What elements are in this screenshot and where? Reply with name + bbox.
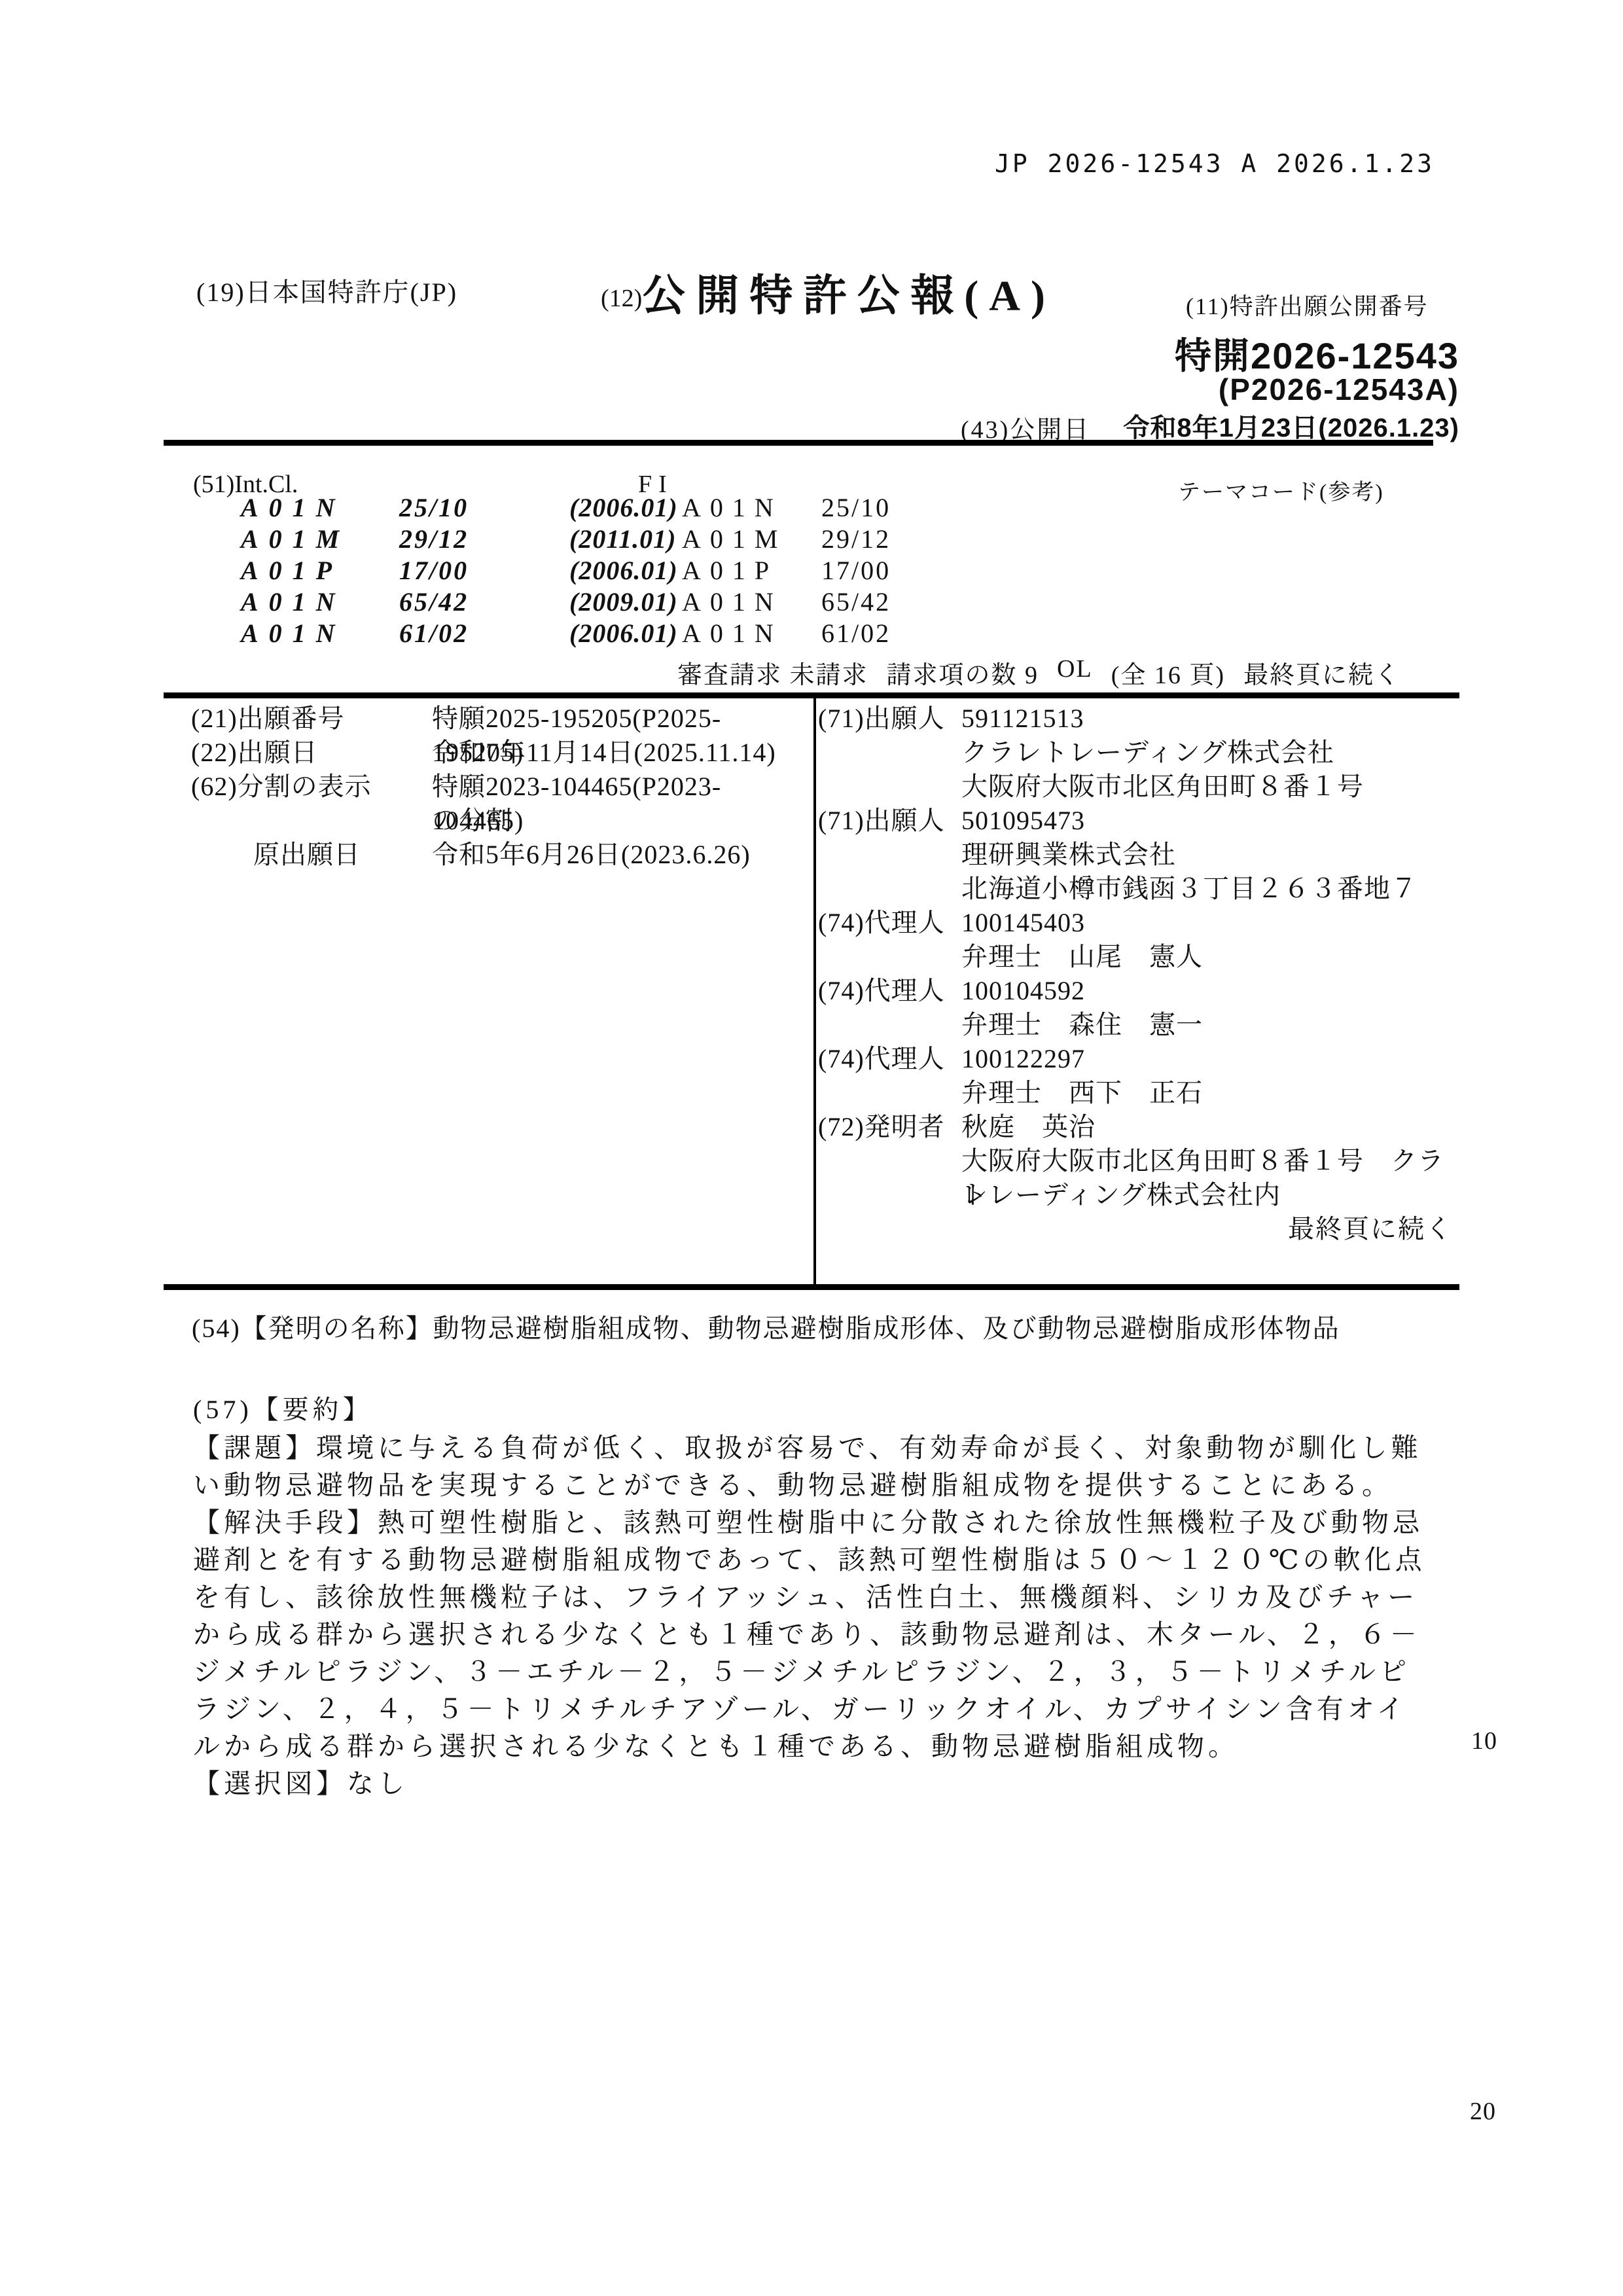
abstract-line: から成る群から選択される少なくとも１種であり、該動物忌避剤は、木タール、２，６－ (193, 1616, 1436, 1653)
field-label: (71)出願人 (818, 804, 961, 838)
continued-on-last-page-note: 最終頁に続く (818, 1212, 1459, 1246)
biblio-row: 弁理士 森住 憲一 (818, 1008, 1459, 1042)
ipc-version: (2009.01) (569, 586, 678, 617)
classification-row: A01N 25/10 (2006.01) A01N 25/10 (0, 492, 1623, 524)
biblio-row: の分割 (191, 804, 806, 838)
classification-row: A01N 61/02 (2006.01) A01N 61/02 (0, 618, 1623, 649)
biblio-top-rule (164, 692, 1459, 698)
biblio-row: 大阪府大阪市北区角田町８番１号 (818, 770, 1459, 804)
field-value: 特願2025-195205(P2025-195205) (432, 702, 806, 736)
ipc-subclass: 17/00 (399, 555, 469, 586)
classification-table: A01N 25/10 (2006.01) A01N 25/10 A01M 29/… (0, 492, 1623, 649)
field-value: トレーディング株式会社内 (961, 1178, 1281, 1212)
biblio-row: 弁理士 山尾 憲人 (818, 940, 1459, 974)
field-label: (74)代理人 (818, 1042, 961, 1076)
biblio-row: (62)分割の表示特願2023-104465(P2023-104465) (191, 770, 806, 804)
publication-number-paren: (P2026-12543A) (1219, 372, 1459, 407)
field-label (818, 736, 961, 770)
biblio-row: (74)代理人100145403 (818, 906, 1459, 940)
abstract-line: い動物忌避物品を実現することができる、動物忌避樹脂組成物を提供することにある。 (193, 1467, 1436, 1504)
ipc-class: A01P (241, 555, 342, 586)
biblio-row: トレーディング株式会社内 (818, 1178, 1459, 1212)
fi-class: A01M (682, 524, 787, 554)
biblio-row: (74)代理人100122297 (818, 1042, 1459, 1076)
fi-subclass: 61/02 (821, 618, 891, 649)
field-value: 591121513 (961, 702, 1084, 736)
fi-subclass: 17/00 (821, 555, 891, 586)
field-value: 弁理士 森住 憲一 (961, 1008, 1203, 1042)
field-value: の分割 (432, 804, 512, 838)
field-label: (74)代理人 (818, 906, 961, 940)
biblio-row: (71)出願人501095473 (818, 804, 1459, 838)
ipc-class: A01N (241, 618, 346, 649)
ipc-version: (2006.01) (569, 618, 678, 649)
biblio-row: (72)発明者秋庭 英治 (818, 1110, 1459, 1144)
abstract-line: を有し、該徐放性無機粒子は、フライアッシュ、活性白土、無機顔料、シリカ及びチャー (193, 1579, 1436, 1616)
biblio-row: (71)出願人591121513 (818, 702, 1459, 736)
biblio-row: (74)代理人100104592 (818, 974, 1459, 1008)
ipc-class: A01M (241, 524, 349, 554)
biblio-row: 弁理士 西下 正石 (818, 1076, 1459, 1110)
ipc-version: (2006.01) (569, 555, 678, 586)
field-label: (62)分割の表示 (191, 770, 432, 804)
margin-line-number-10: 10 (1471, 1727, 1497, 1755)
field-value: 100104592 (961, 974, 1085, 1008)
field-label: (22)出願日 (191, 736, 432, 770)
abstract-line: ラジン、２，４，５－トリメチルチアゾール、ガーリックオイル、カプサイシン含有オイ (193, 1691, 1436, 1728)
classification-row: A01M 29/12 (2011.01) A01M 29/12 (0, 524, 1623, 555)
field-value: 北海道小樽市銭函３丁目２６３番地７ (961, 872, 1418, 906)
field-label (818, 1178, 961, 1212)
field-value: 令和7年11月14日(2025.11.14) (432, 736, 776, 770)
abstract-line: 【課題】環境に与える負荷が低く、取扱が容易で、有効寿命が長く、対象動物が馴化し難 (193, 1429, 1436, 1467)
abstract-line: ルから成る群から選択される少なくとも１種である、動物忌避樹脂組成物。 (193, 1728, 1436, 1765)
field-label (818, 940, 961, 974)
field-value: 令和5年6月26日(2023.6.26) (432, 838, 751, 872)
biblio-right-column: (71)出願人591121513 クラレトレーディング株式会社 大阪府大阪市北区… (818, 702, 1459, 1246)
field-label: (74)代理人 (818, 974, 961, 1008)
field-value: 501095473 (961, 804, 1085, 838)
ipc-subclass: 65/42 (399, 586, 469, 617)
biblio-row: クラレトレーディング株式会社 (818, 736, 1459, 770)
examination-request-line: 審査請求 未請求 請求項の数 9 OL (全 16 頁) 最終頁に続く (677, 655, 1400, 691)
classification-row: A01P 17/00 (2006.01) A01P 17/00 (0, 555, 1623, 586)
fi-class: A01N (682, 586, 783, 617)
continues-note: 最終頁に続く (1243, 655, 1400, 691)
kind-number-prefix: (12) (601, 285, 642, 312)
biblio-row: 原出願日令和5年6月26日(2023.6.26) (191, 838, 806, 872)
abstract-line: ジメチルピラジン、３－エチル－２，５－ジメチルピラジン、２，３，５－トリメチルピ (193, 1653, 1436, 1691)
ipc-subclass: 61/02 (399, 618, 469, 649)
fi-subclass: 25/10 (821, 492, 891, 523)
field-label (818, 872, 961, 906)
field-value: 大阪府大阪市北区角田町８番１号 (961, 770, 1364, 804)
biblio-row: 大阪府大阪市北区角田町８番１号 クラレ (818, 1144, 1459, 1178)
margin-line-number-20: 20 (1470, 2097, 1496, 2126)
field-label (818, 838, 961, 872)
field-value: 100122297 (961, 1042, 1085, 1076)
biblio-row: 北海道小樽市銭函３丁目２６３番地７ (818, 872, 1459, 906)
field-value: 大阪府大阪市北区角田町８番１号 クラレ (961, 1144, 1459, 1178)
invention-title-line: (54)【発明の名称】動物忌避樹脂組成物、動物忌避樹脂成形体、及び動物忌避樹脂成… (192, 1308, 1340, 1345)
field-label: (71)出願人 (818, 702, 961, 736)
ipc-subclass: 25/10 (399, 492, 469, 523)
patent-gazette-page: JP 2026-12543 A 2026.1.23 (19)日本国特許庁(JP)… (0, 0, 1623, 2296)
exam-request-status: 審査請求 未請求 (677, 655, 868, 691)
field-value: 特願2023-104465(P2023-104465) (432, 770, 806, 804)
invention-title: 動物忌避樹脂組成物、動物忌避樹脂成形体、及び動物忌避樹脂成形体物品 (433, 1314, 1340, 1343)
biblio-row: (22)出願日令和7年11月14日(2025.11.14) (191, 736, 806, 770)
field-label (818, 1144, 961, 1178)
abstract-line: 【解決手段】熱可塑性樹脂と、該熱可塑性樹脂中に分散された徐放性無機粒子及び動物忌 (193, 1504, 1436, 1541)
abstract-line: 避剤とを有する動物忌避樹脂組成物であって、該熱可塑性樹脂は５０～１２０℃の軟化点 (193, 1541, 1436, 1579)
abstract-line: 【選択図】なし (193, 1765, 1436, 1803)
field-value: 理研興業株式会社 (961, 838, 1176, 872)
field-label (191, 804, 432, 838)
field-value: 秋庭 英治 (961, 1110, 1096, 1144)
biblio-bottom-rule (164, 1284, 1459, 1290)
biblio-row: (21)出願番号特願2025-195205(P2025-195205) (191, 702, 806, 736)
publication-date: 令和8年1月23日(2026.1.23) (1123, 407, 1459, 444)
biblio-column-divider (813, 695, 816, 1285)
fi-subclass: 29/12 (821, 524, 891, 554)
patent-office-label: (19)日本国特許庁(JP) (196, 272, 457, 309)
invention-title-label: (54)【発明の名称】 (192, 1314, 433, 1343)
ipc-subclass: 29/12 (399, 524, 469, 554)
abstract-body: 【課題】環境に与える負荷が低く、取扱が容易で、有効寿命が長く、対象動物が馴化し難… (193, 1429, 1436, 1803)
field-label: (21)出願番号 (191, 702, 432, 736)
fi-subclass: 65/42 (821, 586, 891, 617)
field-label (818, 1076, 961, 1110)
total-pages: (全 16 頁) (1111, 655, 1225, 691)
publication-number-label: (11)特許出願公開番号 (1186, 288, 1429, 321)
classification-row: A01N 65/42 (2009.01) A01N 65/42 (0, 586, 1623, 618)
masthead-rule (164, 440, 1433, 446)
field-value: 弁理士 西下 正石 (961, 1076, 1203, 1110)
document-reference-header: JP 2026-12543 A 2026.1.23 (995, 149, 1435, 178)
fi-class: A01N (682, 492, 783, 523)
field-label (818, 1008, 961, 1042)
claims-count: 請求項の数 9 (887, 655, 1039, 691)
field-label (818, 770, 961, 804)
ipc-class: A01N (241, 492, 346, 523)
abstract-heading: (57)【要約】 (193, 1389, 373, 1426)
field-value: 100145403 (961, 906, 1085, 940)
field-label: 原出願日 (191, 838, 432, 872)
ipc-version: (2006.01) (569, 492, 678, 523)
fi-class: A01P (682, 555, 778, 586)
fi-class: A01N (682, 618, 783, 649)
ipc-class: A01N (241, 586, 346, 617)
ol-flag: OL (1057, 655, 1093, 691)
publication-kind-title: 公開特許公報(A) (642, 272, 1056, 320)
biblio-row: 理研興業株式会社 (818, 838, 1459, 872)
biblio-left-column: (21)出願番号特願2025-195205(P2025-195205) (22)… (191, 702, 806, 872)
field-label: (72)発明者 (818, 1110, 961, 1144)
field-value: 弁理士 山尾 憲人 (961, 940, 1203, 974)
publication-kind: (12)公開特許公報(A) (601, 260, 1056, 323)
ipc-version: (2011.01) (569, 524, 676, 554)
field-value: クラレトレーディング株式会社 (961, 736, 1334, 770)
